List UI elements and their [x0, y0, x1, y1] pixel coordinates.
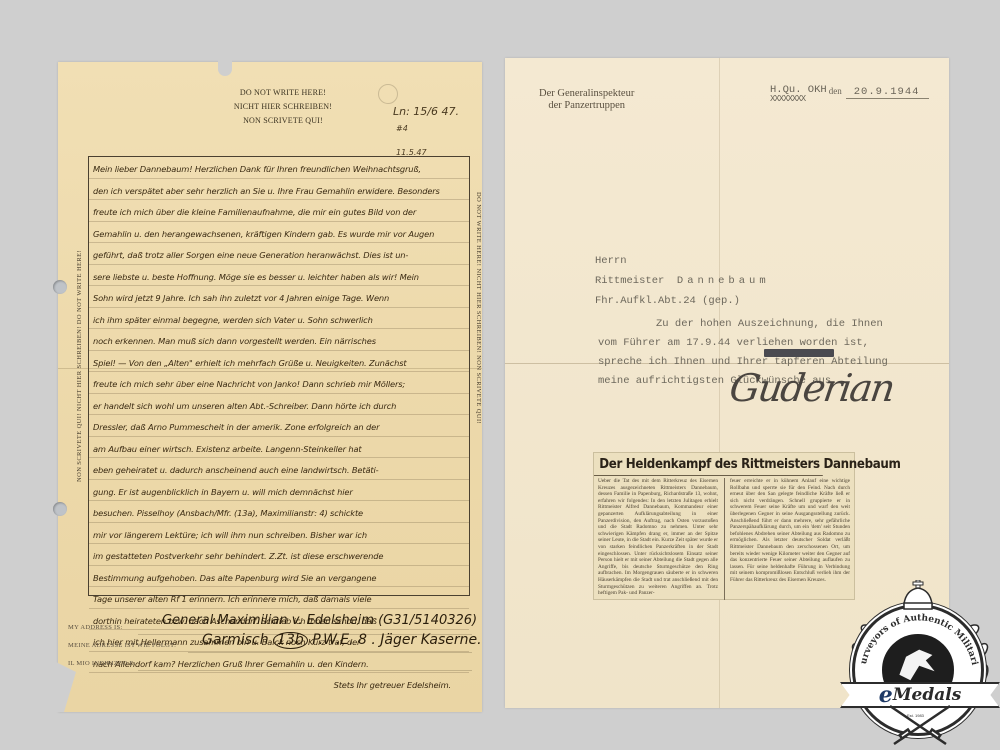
handwritten-line: Sohn wird jetzt 9 Jahre. Ich sah ihn zul… — [89, 286, 469, 308]
handwritten-line: mir vor längerem Lektüre; ich will ihm n… — [89, 523, 469, 545]
postwar-letter-edelsheim: DO NOT WRITE HERE! NICHT HIER SCHREIBEN!… — [58, 62, 482, 712]
faint-stamp — [378, 84, 398, 104]
letterhead-line: der Panzertruppen — [539, 100, 634, 112]
address-barracks: P.W.E. 8 . Jäger Kaserne. — [312, 632, 481, 648]
handwritten-line: Dressler, daß Arno Pummescheit in der am… — [89, 415, 469, 437]
handwritten-line: freute ich mich sehr über eine Nachricht… — [89, 372, 469, 394]
address-label-it: IL MIO INDIRIZZO E: — [68, 660, 136, 667]
reference-note: #4 — [396, 124, 408, 133]
handwritten-line: besuchen. Pisselhoy (Ansbach/Mfr. (13a),… — [89, 501, 469, 523]
signature: Guderian — [727, 366, 896, 410]
recipient-unit: Fhr.Aufkl.Abt.24 (gep.) — [595, 291, 770, 311]
handwritten-line: Bestimmung aufgehoben. Das alte Papenbur… — [89, 566, 469, 588]
address-label-en: MY ADDRESS IS: — [68, 624, 123, 631]
handwritten-body: Mein lieber Dannebaum! Herzlichen Dank f… — [88, 156, 470, 596]
letterhead-line: Der Generalinspekteur — [539, 88, 634, 100]
place-date: H.Qu. OKH XXXXXXXX den20.9.1944 — [770, 86, 929, 104]
newspaper-clipping: Der Heldenkampf des Rittmeisters Danneba… — [593, 452, 855, 600]
header-line-de: NICHT HIER SCHREIBEN! — [208, 100, 358, 114]
recipient-name: Rittmeister Dannebaum — [595, 271, 770, 291]
address-rule — [188, 652, 472, 653]
handwritten-line: gung. Er ist augenblicklich in Bayern u.… — [89, 480, 469, 502]
header-line-en: DO NOT WRITE HERE! — [208, 86, 358, 100]
crossed-swords-icon — [882, 702, 958, 748]
address-city: Garmisch — [202, 632, 269, 648]
salutation: Herrn — [595, 251, 770, 271]
handwritten-line: er handelt sich wohl um unseren alten Ab… — [89, 394, 469, 416]
recipient-rank: Rittmeister — [595, 275, 664, 287]
letterhead: Der Generalinspekteur der Panzertruppen — [539, 88, 634, 112]
punch-hole — [53, 502, 67, 516]
handwritten-line: Spiel! — Von den „Alten" erhielt ich meh… — [89, 351, 469, 373]
signoff-line: Stets Ihr getreuer Edelsheim. — [89, 673, 469, 695]
side-margin-text: NON SCRIVETE QUI! NICHT HIER SCHREIBEN! … — [76, 250, 83, 482]
handwritten-line: am Aufbau einer wirtsch. Existenz arbeit… — [89, 437, 469, 459]
place-stamp: H.Qu. OKH XXXXXXXX — [770, 86, 827, 104]
handwritten-line: den ich verspätet aber sehr herzlich an … — [89, 179, 469, 201]
address-line-2: Garmisch 13b P.W.E. 8 . Jäger Kaserne. — [202, 632, 482, 649]
struck-place: XXXXXXXX — [770, 95, 827, 104]
handwritten-line: geführt, daß trotz aller Sorgen eine neu… — [89, 243, 469, 265]
postal-zone: 13b — [273, 632, 308, 649]
handwritten-line: noch erkennen. Man muß sich dann vorgest… — [89, 329, 469, 351]
handwritten-line: im gestatteten Postverkehr sehr behinder… — [89, 544, 469, 566]
header-line-it: NON SCRIVETE QUI! — [208, 114, 358, 128]
clipping-column: feuer erreichte er in kühnem Anlauf eine… — [724, 478, 850, 600]
redaction-bar — [764, 349, 834, 357]
body-line: vom Führer am 17.9.44 verliehen worden i… — [598, 334, 888, 353]
address-rule — [138, 670, 472, 671]
side-margin-text: DO NOT WRITE HERE! NICHT HIER SCHREIBEN!… — [475, 192, 482, 424]
letter-date: 20.9.1944 — [846, 86, 930, 99]
den-label: den — [829, 86, 842, 96]
clipping-columns: Ueber die Tat des mit dem Ritterkreuz de… — [594, 476, 854, 602]
crown-icon — [902, 580, 934, 610]
paper-tear — [56, 662, 76, 712]
emedals-watermark: Purveyors of Authentic Militaria eMedals… — [840, 574, 1000, 750]
reference-note: Ln: 15/6 47. — [393, 105, 459, 118]
handwritten-line: Tage unserer alten Rf 1 erinnern. Ich er… — [89, 587, 469, 609]
clipping-column: Ueber die Tat des mit dem Ritterkreuz de… — [598, 478, 718, 600]
handwritten-line: Mein lieber Dannebaum! Herzlichen Dank f… — [89, 157, 469, 179]
paper-tear — [218, 60, 232, 76]
recipient-surname: Dannebaum — [677, 275, 770, 287]
address-label-de: MEINE ADRESSE IST WIE FOLGT: — [68, 642, 176, 649]
address-line-1: General Maximilian v. Edelsheim (G31/514… — [162, 613, 477, 628]
handwritten-line: ich ihm später einmal begegne, werden si… — [89, 308, 469, 330]
clipping-headline: Der Heldenkampf des Rittmeisters Danneba… — [594, 453, 823, 476]
punch-hole — [53, 280, 67, 294]
handwritten-line: eben geheiratet u. dadurch anscheinend a… — [89, 458, 469, 480]
recipient-block: Herrn Rittmeister Dannebaum Fhr.Aufkl.Ab… — [595, 251, 770, 311]
handwritten-line: freute ich mich über die kleine Familien… — [89, 200, 469, 222]
body-line: Zu der hohen Auszeichnung, die Ihnen — [598, 315, 888, 334]
handwritten-line: Gemahlin u. den herangewachsenen, kräfti… — [89, 222, 469, 244]
handwritten-line: sere liebste u. beste Hoffnung. Möge sie… — [89, 265, 469, 287]
do-not-write-header: DO NOT WRITE HERE! NICHT HIER SCHREIBEN!… — [208, 86, 358, 128]
